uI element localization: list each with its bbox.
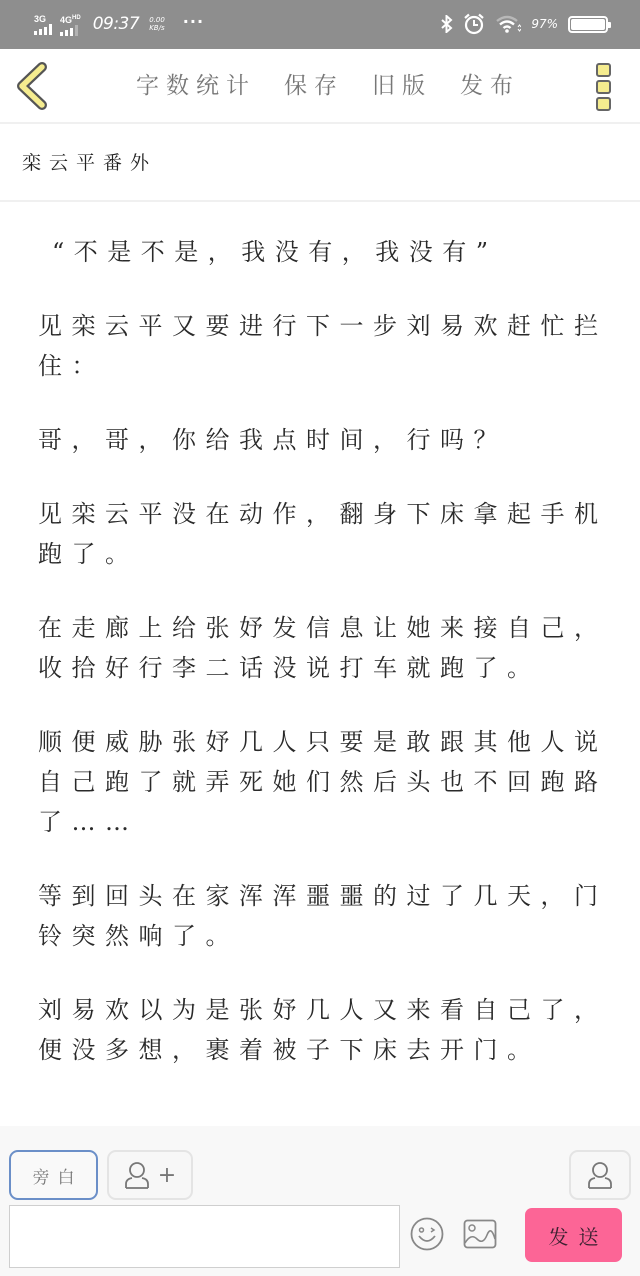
send-button[interactable]: 发送 [525, 1208, 622, 1262]
old-version-button[interactable]: 旧版 [372, 67, 432, 100]
narration-button[interactable]: 旁白 [9, 1150, 98, 1200]
paragraph: 顺便威胁张妤几人只要是敢跟其他人说自己跑了就弄死她们然后头也不回跑路了…… [38, 722, 608, 842]
narration-label: 旁白 [33, 1163, 83, 1188]
paragraph: 等到回头在家浑浑噩噩的过了几天，门铃突然响了。 [38, 876, 608, 956]
paragraph: “不是不是，我没有，我没有” [38, 232, 608, 272]
word-count-button[interactable]: 字数统计 [136, 67, 256, 100]
add-character-button[interactable]: + [107, 1150, 193, 1200]
save-button[interactable]: 保存 [284, 67, 344, 100]
paragraph: 见栾云平又要进行下一步刘易欢赶忙拦住： [38, 306, 608, 386]
vertical-dots-icon [596, 63, 611, 77]
bluetooth-icon [441, 15, 453, 33]
emoji-button[interactable] [407, 1214, 447, 1254]
chapter-title: 栾云平番外 [22, 148, 157, 175]
wifi-icon [495, 15, 521, 33]
add-user-icon [124, 1160, 150, 1190]
character-select-button[interactable] [569, 1150, 631, 1200]
chevron-left-icon [14, 61, 50, 111]
back-button[interactable] [14, 61, 50, 111]
editor-toolbar: 字数统计 保存 旧版 发布 [0, 49, 640, 124]
image-icon [463, 1219, 497, 1249]
clock: 09:37 [93, 14, 140, 34]
publish-button[interactable]: 发布 [460, 67, 520, 100]
signal-bars-icon [60, 25, 78, 36]
alarm-icon [463, 13, 485, 35]
network-label: 4GHD [60, 13, 81, 25]
paragraph: 哥，哥，你给我点时间，行吗？ [38, 420, 608, 460]
status-right: 97% [441, 10, 608, 38]
story-content[interactable]: “不是不是，我没有，我没有” 见栾云平又要进行下一步刘易欢赶忙拦住： 哥，哥，你… [38, 232, 608, 1104]
paragraph: 见栾云平没在动作，翻身下床拿起手机跑了。 [38, 494, 608, 574]
send-label: 发送 [549, 1221, 609, 1250]
signal-bars-icon [34, 24, 52, 35]
toolbar-actions: 字数统计 保存 旧版 发布 [136, 67, 548, 100]
more-notifications-icon: ··· [183, 12, 204, 31]
paragraph: 在走廊上给张妤发信息让她来接自己，收拾好行李二话没说打车就跑了。 [38, 608, 608, 688]
battery-percent: 97% [531, 17, 558, 31]
emoji-icon [409, 1216, 445, 1252]
image-button[interactable] [460, 1214, 500, 1254]
vertical-dots-icon [596, 97, 611, 111]
signal-4g: 4GHD [60, 13, 81, 36]
plus-icon: + [158, 1163, 176, 1188]
more-menu-button[interactable] [596, 63, 612, 111]
status-left: 3G 4GHD 09:37 0.00 KB/s ··· [34, 10, 204, 38]
network-label: 3G [34, 14, 46, 24]
chapter-title-field[interactable]: 栾云平番外 [0, 124, 640, 202]
vertical-dots-icon [596, 80, 611, 94]
message-input[interactable] [9, 1205, 400, 1268]
network-speed: 0.00 KB/s [149, 16, 165, 32]
battery-icon [568, 16, 608, 33]
paragraph: 刘易欢以为是张妤几人又来看自己了，便没多想，裹着被子下床去开门。 [38, 990, 608, 1070]
user-icon [587, 1160, 613, 1190]
signal-3g: 3G [34, 14, 52, 35]
status-bar: 3G 4GHD 09:37 0.00 KB/s ··· 97% [0, 0, 640, 49]
